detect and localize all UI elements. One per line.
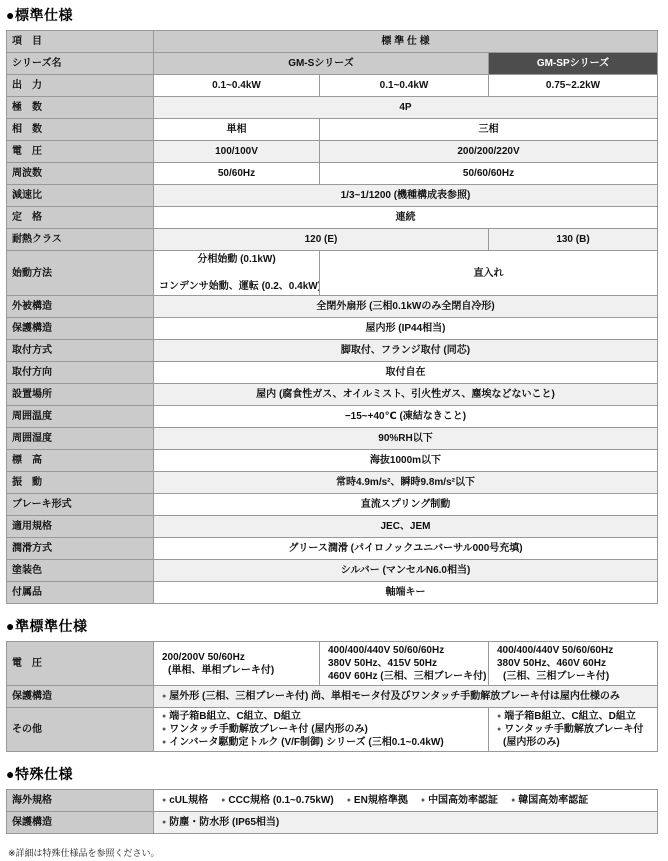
spec-cell: 130 (B) (489, 229, 658, 251)
table-row: 周囲温度−15~+40℃ (凍結なきこと) (7, 406, 658, 428)
spec-cell: 単相 (154, 119, 320, 141)
table-row: 保護構造●屋外形 (三相、三相ブレーキ付) 尚、単相モータ付及びワンタッチ手動解… (7, 686, 658, 708)
table-row: 取付方向取付自在 (7, 362, 658, 384)
spec-cell: 全閉外扇形 (三相0.1kWのみ全閉自冷形) (154, 296, 658, 318)
row-label: 極 数 (7, 97, 154, 119)
standard-spec-table: 項 目標 準 仕 様シリーズ名GM-SシリーズGM-SPシリーズ出 力0.1~0… (6, 30, 658, 604)
table-row: 標 高海抜1000m以下 (7, 450, 658, 472)
spec-cell: シルバー (マンセルN6.0相当) (154, 560, 658, 582)
row-label: 保護構造 (7, 812, 154, 834)
table-row: 電 圧200/200V 50/60Hz(単相、単相ブレーキ付)400/400/4… (7, 642, 658, 686)
spec-cell: 4P (154, 97, 658, 119)
row-label: 減速比 (7, 185, 154, 207)
table-row: シリーズ名GM-SシリーズGM-SPシリーズ (7, 53, 658, 75)
row-label: 振 動 (7, 472, 154, 494)
spec-cell: 50/60/60Hz (320, 163, 658, 185)
row-label: 項 目 (7, 31, 154, 53)
bullet-icon: ● (497, 713, 501, 720)
table-row: 出 力0.1~0.4kW0.1~0.4kW0.75~2.2kW (7, 75, 658, 97)
table-row: 耐熱クラス120 (E)130 (B) (7, 229, 658, 251)
spec-cell: 90%RH以下 (154, 428, 658, 450)
bullet-icon: ● (511, 797, 515, 804)
row-label: 周囲湿度 (7, 428, 154, 450)
table-row: 減速比1/3~1/1200 (機種構成表参照) (7, 185, 658, 207)
row-label: 出 力 (7, 75, 154, 97)
spec-cell: グリース潤滑 (パイロノックユニバーサル000号充填) (154, 538, 658, 560)
bullet-item: ●cUL規格 (162, 795, 208, 806)
table-row: 保護構造屋内形 (IP44相当) (7, 318, 658, 340)
table-row: 潤滑方式グリース潤滑 (パイロノックユニバーサル000号充填) (7, 538, 658, 560)
gm-sp-series-cell: GM-SPシリーズ (489, 53, 658, 75)
spec-cell: 100/100V (154, 141, 320, 163)
spec-cell: ●防塵・防水形 (IP65相当) (154, 812, 658, 834)
bullet-icon: ● (497, 726, 501, 733)
bullet-icon: ● (162, 819, 166, 826)
spec-cell: 直流スプリング制動 (154, 494, 658, 516)
table-row: 保護構造●防塵・防水形 (IP65相当) (7, 812, 658, 834)
table-row: 付属品軸端キー (7, 582, 658, 604)
spec-cell: 400/400/440V 50/60/60Hz380V 50Hz、460V 60… (489, 642, 658, 686)
spec-cell: 120 (E) (154, 229, 489, 251)
bullet-icon: ● (221, 797, 225, 804)
spec-cell: 0.1~0.4kW (320, 75, 489, 97)
special-spec-table: 海外規格●cUL規格●CCC規格 (0.1~0.75kW)●EN規格準拠●中国高… (6, 789, 658, 834)
table-row: 海外規格●cUL規格●CCC規格 (0.1~0.75kW)●EN規格準拠●中国高… (7, 790, 658, 812)
row-label: 海外規格 (7, 790, 154, 812)
table-row: 外被構造全閉外扇形 (三相0.1kWのみ全閉自冷形) (7, 296, 658, 318)
row-label: 取付方式 (7, 340, 154, 362)
table-row: 周囲湿度90%RH以下 (7, 428, 658, 450)
spec-sheet-page: ●標準仕様 項 目標 準 仕 様シリーズ名GM-SシリーズGM-SPシリーズ出 … (0, 0, 668, 861)
row-label: 標 高 (7, 450, 154, 472)
spec-cell: 連続 (154, 207, 658, 229)
spec-cell: 直入れ (320, 251, 658, 296)
table-row: 取付方式脚取付、フランジ取付 (同芯) (7, 340, 658, 362)
row-label: 保護構造 (7, 318, 154, 340)
table-row: 相 数単相三相 (7, 119, 658, 141)
row-label: 塗装色 (7, 560, 154, 582)
bullet-icon: ● (162, 713, 166, 720)
row-label: 相 数 (7, 119, 154, 141)
spec-cell: 200/200V 50/60Hz(単相、単相ブレーキ付) (154, 642, 320, 686)
table-row: 極 数4P (7, 97, 658, 119)
row-label: 適用規格 (7, 516, 154, 538)
spec-cell: JEC、JEM (154, 516, 658, 538)
table-row: 振 動常時4.9m/s²、瞬時9.8m/s²以下 (7, 472, 658, 494)
spec-cell: ●屋外形 (三相、三相ブレーキ付) 尚、単相モータ付及びワンタッチ手動解放ブレー… (154, 686, 658, 708)
spec-cell: 脚取付、フランジ取付 (同芯) (154, 340, 658, 362)
bullet-icon: ● (162, 797, 166, 804)
table-row: 周波数50/60Hz50/60/60Hz (7, 163, 658, 185)
spec-cell: 取付自在 (154, 362, 658, 384)
table-row: 項 目標 準 仕 様 (7, 31, 658, 53)
bullet-icon: ● (421, 797, 425, 804)
row-label: その他 (7, 708, 154, 752)
spec-cell: 三相 (320, 119, 658, 141)
table-row: 設置場所屋内 (腐食性ガス、オイルミスト、引火性ガス、塵埃などないこと) (7, 384, 658, 406)
table-row: 定 格連続 (7, 207, 658, 229)
table-row: 塗装色シルバー (マンセルN6.0相当) (7, 560, 658, 582)
row-label: 定 格 (7, 207, 154, 229)
bullet-item: ●CCC規格 (0.1~0.75kW) (221, 795, 334, 806)
spec-cell: 200/200/220V (320, 141, 658, 163)
table-row: 電 圧100/100V200/200/220V (7, 141, 658, 163)
spec-cell: 50/60Hz (154, 163, 320, 185)
bullet-item: ●中国高効率認証 (421, 795, 498, 806)
spec-cell: 屋内 (腐食性ガス、オイルミスト、引火性ガス、塵埃などないこと) (154, 384, 658, 406)
bullet-icon: ● (162, 693, 166, 700)
spec-cell: −15~+40℃ (凍結なきこと) (154, 406, 658, 428)
spec-cell: 常時4.9m/s²、瞬時9.8m/s²以下 (154, 472, 658, 494)
bullet-item: ●EN規格準拠 (347, 795, 408, 806)
detail-footnote: ※詳細は特殊仕様品を参照ください。 (8, 846, 662, 859)
semi-standard-spec-table: 電 圧200/200V 50/60Hz(単相、単相ブレーキ付)400/400/4… (6, 641, 658, 752)
section-title-semi-standard: ●準標準仕様 (6, 616, 662, 636)
row-label: 電 圧 (7, 642, 154, 686)
table-row: 始動方法分相始動 (0.1kW)コンデンサ始動、運転 (0.2、0.4kW)直入… (7, 251, 658, 296)
row-label: ブレーキ形式 (7, 494, 154, 516)
row-label: 保護構造 (7, 686, 154, 708)
row-label: 周囲温度 (7, 406, 154, 428)
row-label: 付属品 (7, 582, 154, 604)
spec-cell: GM-Sシリーズ (154, 53, 489, 75)
bullet-icon: ● (162, 726, 166, 733)
bullet-item: ●韓国高効率認証 (511, 795, 588, 806)
spec-cell: ●cUL規格●CCC規格 (0.1~0.75kW)●EN規格準拠●中国高効率認証… (154, 790, 658, 812)
row-label: 設置場所 (7, 384, 154, 406)
bullet-icon: ● (162, 739, 166, 746)
row-label: 潤滑方式 (7, 538, 154, 560)
table-row: その他●端子箱B組立、C組立、D組立●ワンタッチ手動解放ブレーキ付 (屋内形のみ… (7, 708, 658, 752)
row-label: 電 圧 (7, 141, 154, 163)
row-label: 耐熱クラス (7, 229, 154, 251)
table-row: 適用規格JEC、JEM (7, 516, 658, 538)
row-label: 始動方法 (7, 251, 154, 296)
spec-cell: 1/3~1/1200 (機種構成表参照) (154, 185, 658, 207)
section-title-special: ●特殊仕様 (6, 764, 662, 784)
row-label: 周波数 (7, 163, 154, 185)
spec-cell: ●端子箱B組立、C組立、D組立●ワンタッチ手動解放ブレーキ付 (屋内形のみ)●イ… (154, 708, 489, 752)
spec-cell: 分相始動 (0.1kW)コンデンサ始動、運転 (0.2、0.4kW) (154, 251, 320, 296)
spec-cell: 標 準 仕 様 (154, 31, 658, 53)
spec-cell: 屋内形 (IP44相当) (154, 318, 658, 340)
section-title-standard: ●標準仕様 (6, 5, 662, 25)
spec-cell: 0.1~0.4kW (154, 75, 320, 97)
table-row: ブレーキ形式直流スプリング制動 (7, 494, 658, 516)
row-label: 取付方向 (7, 362, 154, 384)
row-label: 外被構造 (7, 296, 154, 318)
spec-cell: 軸端キー (154, 582, 658, 604)
spec-cell: 0.75~2.2kW (489, 75, 658, 97)
spec-cell: 海抜1000m以下 (154, 450, 658, 472)
bullet-icon: ● (347, 797, 351, 804)
spec-cell: ●端子箱B組立、C組立、D組立●ワンタッチ手動解放ブレーキ付(屋内形のみ) (489, 708, 658, 752)
spec-cell: 400/400/440V 50/60/60Hz380V 50Hz、415V 50… (320, 642, 489, 686)
row-label: シリーズ名 (7, 53, 154, 75)
